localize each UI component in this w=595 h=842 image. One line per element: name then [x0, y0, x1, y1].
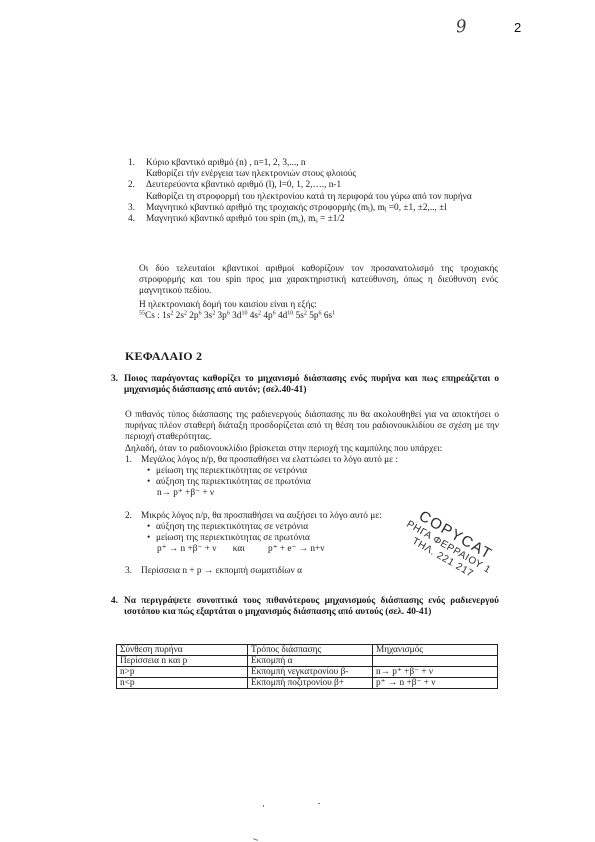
answer-intro: Ο πιθανός τύπος διάσπασης της ραδιενεργο…: [125, 410, 499, 444]
question-text: Να περιγράψετε συνοπτικά τους πιθανότερο…: [124, 596, 499, 618]
list-item-title: Κύριο κβαντικό αριθμό (n) , n=1, 2, 3,..…: [146, 158, 498, 169]
list-item-description: Καθορίζει τη στροφορμή του ηλεκτρονίου κ…: [146, 192, 498, 203]
orbital: 4p: [263, 311, 272, 321]
text: Μαγνητικό κβαντικό αριθμό της τροχιακής …: [146, 203, 368, 213]
scan-speck: [318, 803, 320, 804]
table-header-cell: Μηχανισμός: [373, 645, 498, 656]
table-cell: Εκπομπή α: [248, 656, 373, 667]
table-row: n>p Εκπομπή νεγκατρονίου β- n→ p⁺ +β⁻ + …: [117, 667, 498, 678]
table-cell: Περίσσεια n και p: [117, 656, 248, 667]
electron-count: 2: [258, 311, 261, 317]
element-symbol: Cs :: [145, 311, 162, 321]
page-number: 2: [514, 22, 521, 33]
case-number: 2.: [125, 511, 132, 522]
table-cell: n>p: [117, 667, 248, 678]
scan-speck: [263, 805, 264, 807]
electron-count: 2: [170, 311, 173, 317]
bullet-item: αύξηση της περιεκτικότητας σε πρωτόνια: [147, 477, 499, 488]
decay-equation: p⁺ + e⁻ → n+ν: [268, 544, 325, 554]
orbital: 2s: [176, 311, 184, 321]
question-text: Ποιος παράγοντας καθορίζει το μηχανισμό …: [124, 374, 499, 396]
electron-count: 6: [227, 311, 230, 317]
electron-count: 10: [241, 311, 247, 317]
orbital: 2p: [189, 311, 198, 321]
electron-count: 2: [212, 311, 215, 317]
table-cell: n→ p⁺ +β⁻ + ν: [373, 667, 498, 678]
decay-mechanism-table: Σύνθεση πυρήνα Τρόπος διάσπασης Μηχανισμ…: [116, 644, 498, 689]
case-item: 3. Περίσσεια n + p → εκπομπή σωματιδίων …: [125, 566, 499, 577]
scan-speck: [253, 838, 258, 841]
list-item: 2. Δευτερεύοντα κβαντικό αριθμό (l), l=0…: [128, 180, 498, 202]
list-item-description: Καθορίζει τήν ενέργεια των ηλεκτρονιών σ…: [146, 169, 498, 180]
list-item: 3. Μαγνητικό κβαντικό αριθμό της τροχιακ…: [128, 203, 498, 214]
handwritten-page-number: 9: [455, 21, 467, 33]
list-item: 4. Μαγνητικό κβαντικό αριθμό του spin (m…: [128, 214, 498, 225]
list-item-title: Μαγνητικό κβαντικό αριθμό του spin (ms),…: [146, 214, 498, 225]
electron-count: 6: [199, 311, 202, 317]
answer-detail: Δηλαδή, όταν το ραδιονουκλίδιο βρίσκεται…: [125, 444, 499, 455]
table-cell: n<p: [117, 678, 248, 689]
list-number: 2.: [128, 180, 135, 191]
table-cell: Εκπομπή νεγκατρονίου β-: [248, 667, 373, 678]
electron-count: 2: [184, 311, 187, 317]
orbital: 3s: [204, 311, 212, 321]
table-row: Περίσσεια n και p Εκπομπή α: [117, 656, 498, 667]
decay-equation: p⁺ → n +β⁻ + ν: [157, 544, 216, 554]
list-item: 1. Κύριο κβαντικό αριθμό (n) , n=1, 2, 3…: [128, 158, 498, 180]
list-number: 4.: [128, 214, 135, 225]
table-header-cell: Τρόπος διάσπασης: [248, 645, 373, 656]
electron-count: 2: [304, 311, 307, 317]
case-title: Περίσσεια n + p → εκπομπή σωματιδίων α: [141, 566, 499, 577]
decay-equation: n→ p⁺ +β⁻ + ν: [157, 488, 499, 499]
case-number: 3.: [125, 566, 132, 577]
electron-count: 1: [332, 311, 335, 317]
table-cell: Εκπομπή ποζιτρονίου β+: [248, 678, 373, 689]
electron-structure: Η ηλεκτρονιακή δομή του καισίου είναι η …: [139, 300, 498, 322]
table-cell: [373, 656, 498, 667]
text: ), m: [300, 214, 315, 224]
chapter-title: ΚΕΦΑΛΑΙΟ 2: [125, 351, 202, 362]
case-title: Μεγάλος λόγος n/p, θα προσπαθήσει να ελα…: [141, 455, 499, 466]
electron-count: 10: [287, 311, 293, 317]
list-item-title: Μαγνητικό κβαντικό αριθμό της τροχιακής …: [146, 203, 498, 214]
bullet-item: μείωση της περιεκτικότητας σε νετρόνια: [147, 466, 499, 477]
orbital: 3p: [218, 311, 227, 321]
question-3: 3. Ποιος παράγοντας καθορίζει το μηχανισ…: [111, 374, 499, 396]
orbital: 4d: [278, 311, 287, 321]
list-item-title: Δευτερεύοντα κβαντικό αριθμό (l), l=0, 1…: [146, 180, 498, 191]
connector-text: και: [233, 544, 245, 554]
orbital: 5s: [296, 311, 304, 321]
text: ), m: [370, 203, 385, 213]
table-header-row: Σύνθεση πυρήνα Τρόπος διάσπασης Μηχανισμ…: [117, 645, 498, 656]
case-item: 1. Μεγάλος λόγος n/p, θα προσπαθήσει να …: [125, 455, 499, 466]
list-number: 1.: [128, 158, 135, 169]
table-row: n<p Εκπομπή ποζιτρονίου β+ p⁺ → n +β⁻ + …: [117, 678, 498, 689]
list-number: 3.: [128, 203, 135, 214]
orbital: 6s: [324, 311, 332, 321]
electron-count: 6: [273, 311, 276, 317]
orbital: 5p: [309, 311, 318, 321]
question-number: 3.: [111, 374, 118, 385]
table-cell: p⁺ → n +β⁻ + ν: [373, 678, 498, 689]
text: = ±1/2: [318, 214, 345, 224]
orbital: 4s: [250, 311, 258, 321]
case-number: 1.: [125, 455, 132, 466]
orientation-paragraph: Οι δύο τελευταίοι κβαντικοί αριθμοί καθο…: [139, 264, 498, 298]
electron-structure-intro: Η ηλεκτρονιακή δομή του καισίου είναι η …: [139, 300, 498, 311]
text: Μαγνητικό κβαντικό αριθμό του spin (m: [146, 214, 298, 224]
electron-configuration: 55Cs : 1s2 2s2 2p6 3s2 3p6 3d10 4s2 4p6 …: [139, 311, 498, 322]
bullet-list: μείωση της περιεκτικότητας σε νετρόνια α…: [147, 466, 499, 488]
electron-count: 6: [319, 311, 322, 317]
question-4: 4. Να περιγράψετε συνοπτικά τους πιθανότ…: [111, 596, 499, 618]
question-number: 4.: [111, 596, 118, 607]
quantum-numbers-list: 1. Κύριο κβαντικό αριθμό (n) , n=1, 2, 3…: [128, 158, 498, 225]
table-header-cell: Σύνθεση πυρήνα: [117, 645, 248, 656]
text: =0, ±1, ±2,.., ±l: [386, 203, 446, 213]
